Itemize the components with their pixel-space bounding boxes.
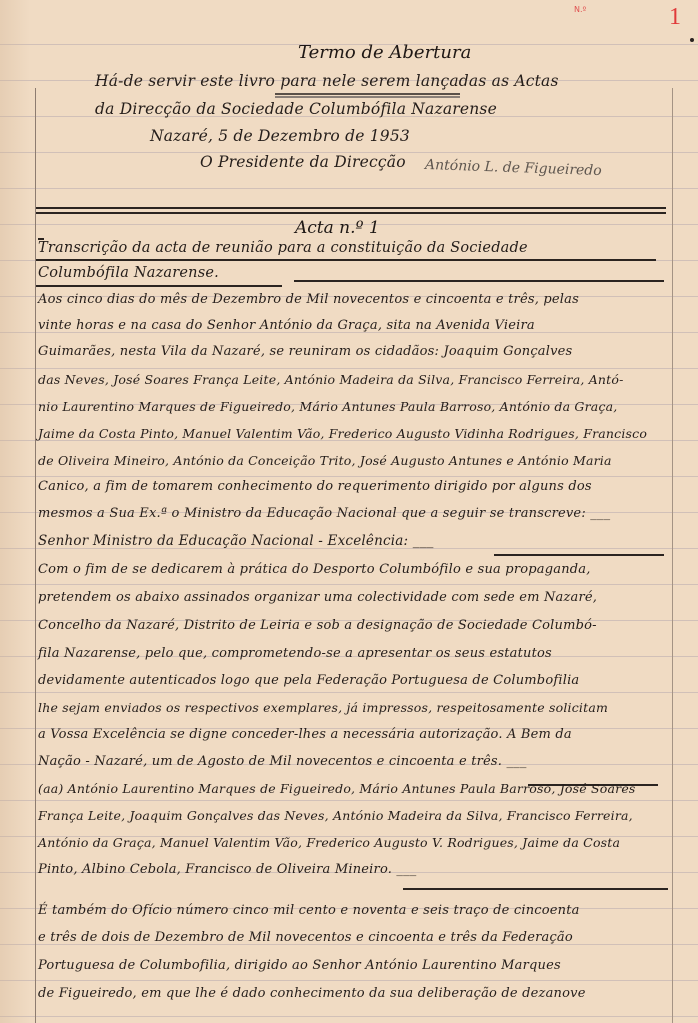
acta-subject-line-1: Transcrição da acta de reunião para a co… [38,240,528,256]
body-line: devidamente autenticados logo que pela F… [38,673,579,688]
body-line: lhe sejam enviados os respectivos exempl… [38,700,608,715]
body-line: Pinto, Albino Cebola, Francisco de Olive… [38,862,417,877]
section-double-rule [36,207,666,209]
page-number: 1 [669,4,681,31]
body-line: Nação - Nazaré, um de Agosto de Mil nove… [38,754,527,769]
fill-line [403,888,668,890]
body-line: vinte horas e na casa do Senhor António … [38,318,535,333]
body-line: Portuguesa de Columbofilia, dirigido ao … [38,958,561,973]
body-line: António da Graça, Manuel Valentim Vão, F… [38,835,620,850]
body-line: Aos cinco dias do mês de Dezembro de Mil… [38,292,579,307]
body-line: Concelho da Nazaré, Distrito de Leiria e… [38,618,597,633]
body-line: pretendem os abaixo assinados organizar … [38,590,597,605]
body-line: Canico, a fim de tomarem conhecimento do… [38,479,592,494]
body-line: de Figueiredo, em que lhe é dado conheci… [38,986,586,1001]
folio-mark: N.º [574,5,586,14]
ink-spot [690,38,694,42]
opening-date: Nazaré, 5 de Dezembro de 1953 [150,127,410,145]
left-margin-rule [35,88,36,1023]
opening-line-2: da Direcção da Sociedade Columbófila Naz… [95,100,497,118]
body-line: Jaime da Costa Pinto, Manuel Valentim Vã… [38,426,647,441]
body-line: nio Laurentino Marques de Figueiredo, Má… [38,399,617,414]
body-line: França Leite, Joaquim Gonçalves das Neve… [38,808,633,823]
title-underline [275,93,460,95]
body-line: das Neves, José Soares França Leite, Ant… [38,372,624,387]
body-line: fila Nazarense, pelo que, comprometendo-… [38,646,552,661]
body-line: mesmos a Sua Ex.ª o Ministro da Educação… [38,506,610,521]
opening-line-1: Há-de servir este livro para nele serem … [95,72,559,90]
body-line: e três de dois de Dezembro de Mil novece… [38,930,573,945]
subject-underline-2 [36,285,282,287]
subject-fill-line [294,280,664,282]
body-line: (aa) António Laurentino Marques de Figue… [38,781,636,796]
acta-subject-line-2: Columbófila Nazarense. [38,265,219,281]
body-line: de Oliveira Mineiro, António da Conceiçã… [38,453,612,468]
president-signature: António L. de Figueiredo [425,157,602,179]
body-line: Com o fim de se dedicarem à prática do D… [38,562,591,577]
opening-term-title: Termo de Abertura [298,42,471,63]
opening-president-label: O Presidente da Direcção [200,153,406,171]
right-margin-rule [672,88,673,1023]
body-line: Guimarães, nesta Vila da Nazaré, se reun… [38,344,572,359]
body-line: É também do Ofício número cinco mil cent… [38,903,580,918]
ledger-page: N.º 1 Termo de Abertura Há-de servir est… [0,0,698,1023]
fill-line [494,554,664,556]
body-line: a Vossa Excelência se digne conceder-lhe… [38,727,572,742]
subject-underline-1 [36,259,656,261]
acta-heading: Acta n.º 1 [295,218,380,238]
body-line: Senhor Ministro da Educação Nacional - E… [38,533,434,549]
